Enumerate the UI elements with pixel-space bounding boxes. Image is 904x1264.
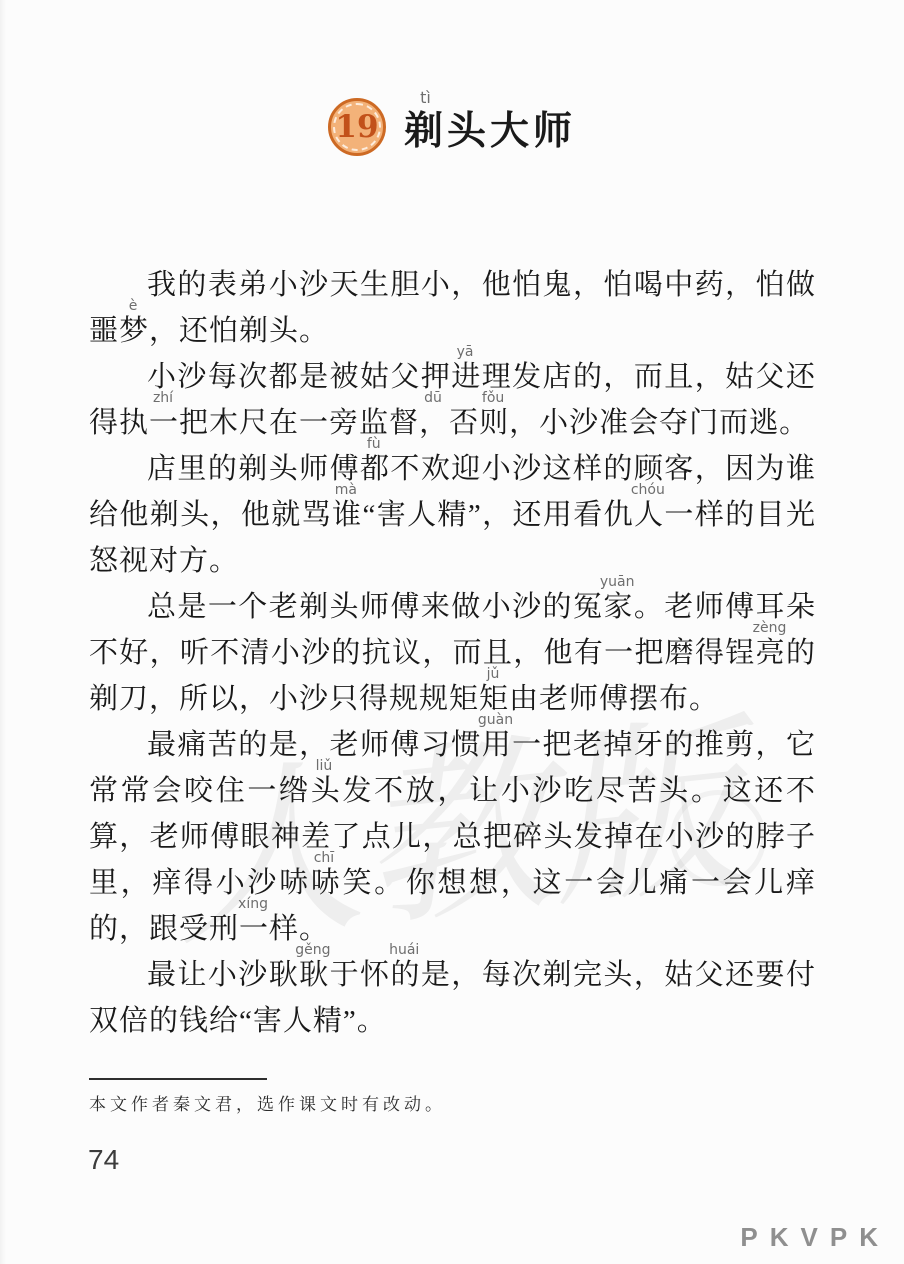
annotated-char: guàn惯 [451,729,481,761]
pinyin-annotation: fǒu [424,391,504,405]
annotated-char: chóu仇 [604,499,634,531]
pinyin-annotation: chī [256,851,334,865]
pinyin-annotation: gěng [237,943,330,957]
pinyin-annotation: xíng [180,897,268,911]
paragraph: 总是一个老剃头师傅来做小沙的yuān冤家。老师傅耳朵不好，听不清小沙的抗议，而且… [89,584,816,722]
lesson-title: tì剃头大师 [404,104,576,151]
annotated-char: zèng锃 [725,637,755,669]
pinyin-annotation: è [71,299,138,313]
paragraph: 我的表弟小沙天生胆小，他怕鬼，怕喝中药，怕做è噩梦，还怕剃头。 [89,262,816,354]
title-rest: 头大师 [447,110,576,153]
lesson-header: 19 tì剃头大师 [0,98,904,156]
textbook-page: 人教版 19 tì剃头大师 我的表弟小沙天生胆小，他怕鬼，怕喝中药，怕做è噩梦，… [0,0,904,1264]
annotated-char: yuān冤 [573,591,603,623]
annotated-char: dū督 [389,407,419,439]
pinyin-annotation: huái [331,943,419,957]
annotated-char: mà骂 [302,499,332,531]
pinyin-annotation: liǔ [258,759,333,773]
footnote-text: 本文作者秦文君，选作课文时有改动。 [89,1090,446,1115]
title-first-char: 剃 [404,110,447,153]
pinyin-annotation: jǔ [429,667,500,681]
annotated-char: xíng刑 [209,913,239,945]
annotated-char: è噩 [89,315,119,347]
lesson-number-badge: 19 [328,98,386,156]
paragraph: 小沙每次都是被姑父yā押进理发店的，而且，姑父还得zhí执一把木尺在一旁监dū督… [89,354,816,446]
annotated-char: chī哧 [279,867,311,899]
body-text: 我的表弟小沙天生胆小，他怕鬼，怕喝中药，怕做è噩梦，还怕剃头。小沙每次都是被姑父… [89,262,816,1044]
pinyin-annotation: yā [399,345,474,359]
annotated-char: huái怀 [360,959,390,991]
pinyin-annotation: yuān [542,575,635,589]
lesson-number: 19 [335,112,378,143]
paragraph: 最让小沙gěng耿耿于huái怀的是，每次剃完头，姑父还要付双倍的钱给“害人精”… [89,952,816,1044]
annotated-char: jǔ矩 [449,683,479,715]
annotated-char: yā押 [421,361,451,393]
annotated-char: gěng耿 [269,959,299,991]
annotated-char: liǔ绺 [279,775,311,807]
title-pinyin: tì [420,90,431,106]
paragraph: 店里的剃头师fù傅都不欢迎小沙这样的顾客，因为谁给他剃头，他就mà骂谁“害人精”… [89,446,816,584]
pinyin-annotation: zhí [95,391,173,405]
pinyin-annotation: zèng [695,621,787,635]
pinyin-annotation: guàn [420,713,513,727]
brand-mark: PKVPK [740,1222,890,1253]
pinyin-annotation: fù [309,437,381,451]
pinyin-annotation: chóu [573,483,665,497]
paragraph: 最痛苦的是，老师傅习guàn惯用一把老掉牙的推剪，它常常会咬住一liǔ绺头发不放… [89,722,816,952]
annotated-char: zhí执 [119,407,149,439]
annotated-char: fǒu否 [449,407,479,439]
annotated-char: fù傅 [330,453,360,485]
page-number: 74 [88,1144,119,1176]
title-annotated-char: tì剃 [404,110,447,153]
pinyin-annotation: mà [277,483,357,497]
footnote-divider [89,1078,267,1080]
